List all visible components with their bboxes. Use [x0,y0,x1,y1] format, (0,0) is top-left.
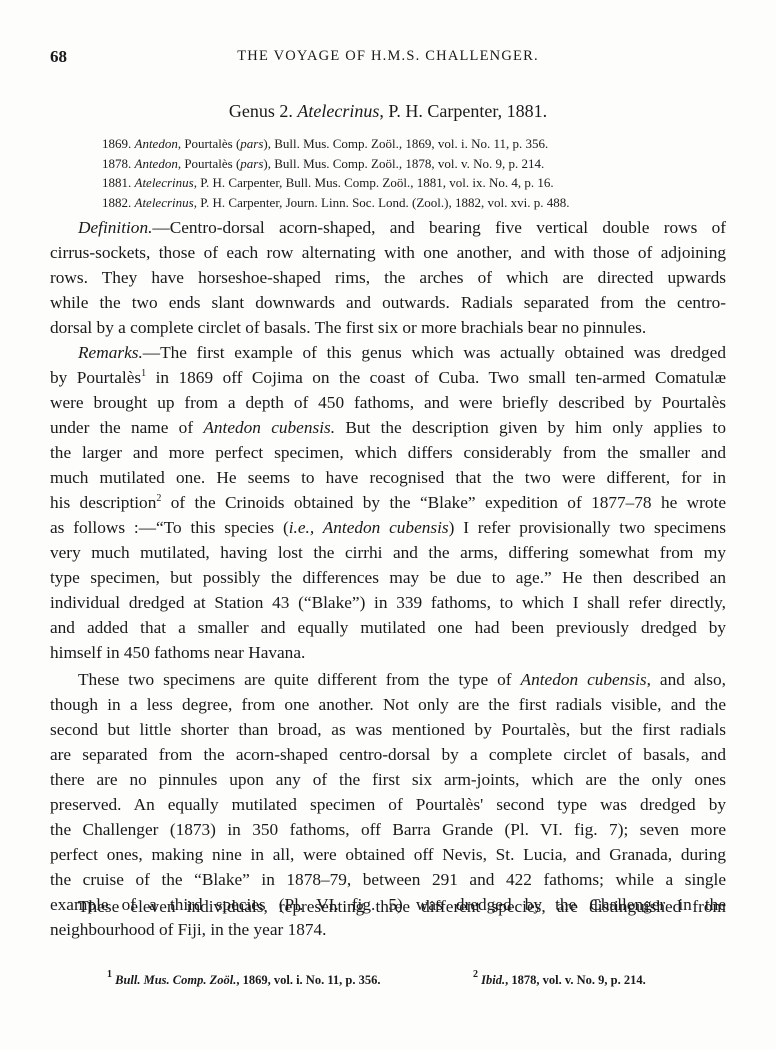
text-line: himself in 450 fathoms near Havana. [50,643,726,667]
footnote-1: 1 Bull. Mus. Comp. Zoöl., 1869, vol. i. … [107,973,380,988]
species-name: Antedon cubensis [521,670,647,689]
synonymy-entry: 1878. Antedon, Pourtalès (pars), Bull. M… [102,154,742,174]
text-line: Definition.—Centro-dorsal acorn-shaped, … [78,218,726,242]
text-line: the Challenger (1873) in 350 fathoms, of… [50,820,726,844]
text-line: much mutilated one. He seems to have rec… [50,468,726,492]
footnote-2: 2 Ibid., 1878, vol. v. No. 9, p. 214. [473,973,646,988]
running-title: THE VOYAGE OF H.M.S. CHALLENGER. [50,48,726,65]
text-span: under the name of [50,418,203,437]
text-line: there are no pinnules upon any of the fi… [50,770,726,794]
book-page: 68 THE VOYAGE OF H.M.S. CHALLENGER. Genu… [0,0,776,1050]
text-line: were brought up from a depth of 450 fath… [50,393,726,417]
synonymy-taxon: Atelecrinus [135,175,194,190]
synonymy-entry: 1882. Atelecrinus, P. H. Carpenter, Jour… [102,193,742,213]
footnote-mark: 2 [473,969,478,980]
text-line: Remarks.—The first example of this genus… [78,343,726,367]
species-name: Antedon cubensis. [203,418,335,437]
synonymy-taxon: Antedon [135,156,178,171]
text-line: the larger and more perfect specimen, wh… [50,443,726,467]
synonymy-entry: 1881. Atelecrinus, P. H. Carpenter, Bull… [102,173,742,193]
synonymy-year: 1882. [102,195,131,210]
text-span: , and also, [647,670,726,689]
synonymy-pars: pars [240,156,263,171]
text-span: ) I refer provisionally two specimens [449,518,726,537]
genus-name: Atelecrinus [297,101,379,121]
genus-prefix: Genus 2. [229,101,293,121]
synonymy-taxon: Atelecrinus [135,195,194,210]
running-head: 68 THE VOYAGE OF H.M.S. CHALLENGER. [50,47,726,71]
text-span: in 1869 off Cojima on the coast of Cuba.… [146,368,726,387]
definition-label: Definition. [78,218,152,237]
text-line: and added that a smaller and equally mut… [50,618,726,642]
text-line: under the name of Antedon cubensis. But … [50,418,726,442]
text-span: —Centro-dorsal acorn-shaped, and bearing… [152,218,726,237]
synonymy-list: 1869. Antedon, Pourtalès (pars), Bull. M… [102,134,742,212]
footnote-text: , 1869, vol. i. No. 11, p. 356. [236,973,380,987]
synonymy-text: ), Bull. Mus. Comp. Zoöl., 1869, vol. i.… [263,136,548,151]
text-line: individual dredged at Station 43 (“Blake… [50,593,726,617]
synonymy-text: , P. H. Carpenter, Journ. Linn. Soc. Lon… [194,195,570,210]
synonymy-text: , P. H. Carpenter, Bull. Mus. Comp. Zoöl… [194,175,554,190]
text-span: as follows :—“To this species ( [50,518,289,537]
text-span: But the description given by him only ap… [335,418,726,437]
footnote-text: , 1878, vol. v. No. 9, p. 214. [505,973,646,987]
text-line: are separated from the acorn-shaped cent… [50,745,726,769]
species-name: i.e., Antedon cubensis [289,518,449,537]
text-line: his description2 of the Crinoids obtaine… [50,493,726,517]
synonymy-pars: pars [240,136,263,151]
text-span: —The first example of this genus which w… [143,343,726,362]
text-line: These two specimens are quite different … [78,670,726,694]
synonymy-taxon: Antedon [135,136,178,151]
text-line: very much mutilated, having lost the cir… [50,543,726,567]
text-line: by Pourtalès1 in 1869 off Cojima on the … [50,368,726,392]
synonymy-text: , Pourtalès ( [178,136,240,151]
footnote-journal: Bull. Mus. Comp. Zoöl. [115,973,236,987]
genus-authority: , P. H. Carpenter, 1881. [379,101,547,121]
text-line: cirrus-sockets, those of each row altern… [50,243,726,267]
synonymy-text: ), Bull. Mus. Comp. Zoöl., 1878, vol. v.… [263,156,544,171]
text-span: These two specimens are quite different … [78,670,521,689]
text-span: of the Crinoids obtained by the “Blake” … [161,493,726,512]
text-line: the cruise of the “Blake” in 1878–79, be… [50,870,726,894]
footnote-journal: Ibid. [481,973,505,987]
synonymy-year: 1869. [102,136,131,151]
text-line: though in a less degree, from one anothe… [50,695,726,719]
text-line: second but little shorter than broad, as… [50,720,726,744]
text-line: rows. They have horseshoe-shaped rims, t… [50,268,726,292]
text-line: perfect ones, making nine in all, were o… [50,845,726,869]
text-line: while the two ends slant downwards and o… [50,293,726,317]
text-line: neighbourhood of Fiji, in the year 1874. [50,920,726,944]
remarks-label: Remarks. [78,343,143,362]
text-span: his description [50,493,156,512]
text-line: dorsal by a complete circlet of basals. … [50,318,726,342]
text-line: type specimen, but possibly the differen… [50,568,726,592]
text-line: preserved. An equally mutilated specimen… [50,795,726,819]
genus-heading: Genus 2. Atelecrinus, P. H. Carpenter, 1… [0,101,776,122]
text-span: by Pourtalès [50,368,141,387]
synonymy-year: 1878. [102,156,131,171]
text-line: as follows :—“To this species (i.e., Ant… [50,518,726,542]
synonymy-text: , Pourtalès ( [178,156,240,171]
text-line: These eleven individuals, representing t… [78,897,726,921]
synonymy-year: 1881. [102,175,131,190]
footnote-mark: 1 [107,969,112,980]
synonymy-entry: 1869. Antedon, Pourtalès (pars), Bull. M… [102,134,742,154]
